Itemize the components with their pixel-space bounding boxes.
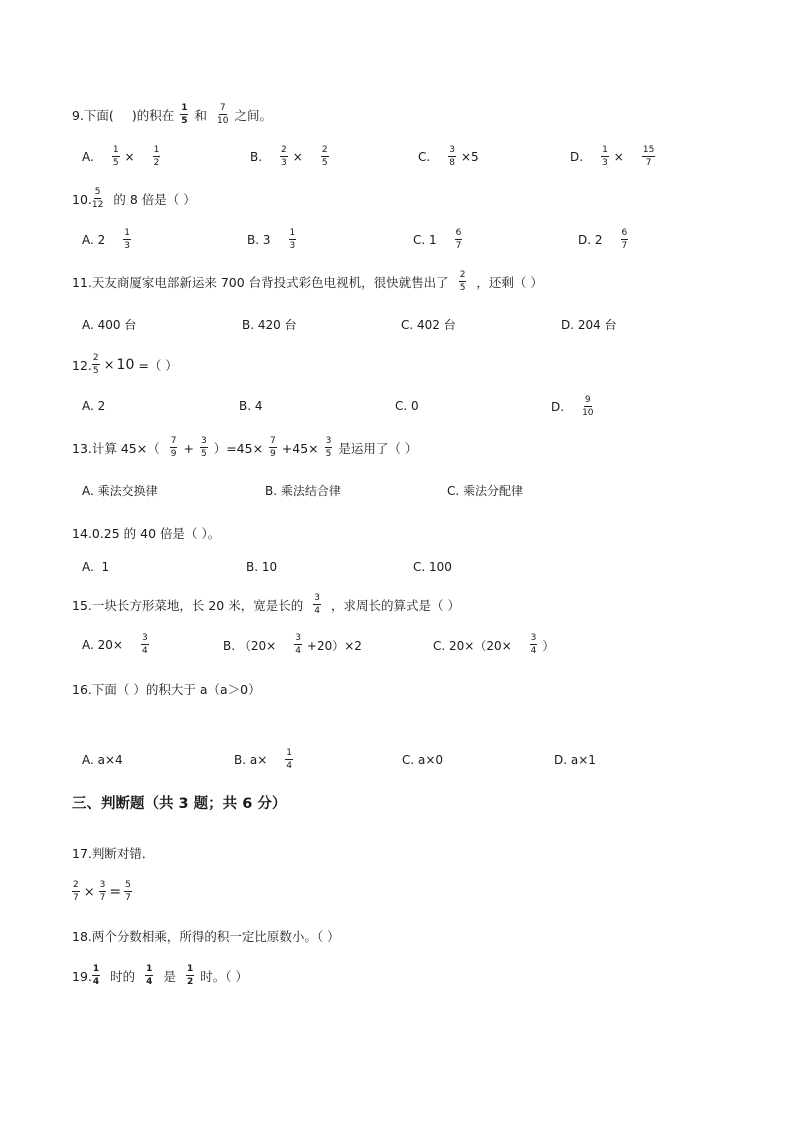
times-sign: × <box>104 358 115 373</box>
question-15: 15.一块长方形菜地，长 20 米，宽是长的 34 ，求周长的算式是（ ） <box>72 594 460 616</box>
q15-option-c[interactable]: C. 20×（20× 34 ） <box>433 634 554 656</box>
option-label: C. a×0 <box>402 753 443 767</box>
plus-sign: + <box>183 441 193 456</box>
option-label: C. 乘法分配律 <box>447 482 523 499</box>
q10-option-a[interactable]: A. 2 13 <box>82 229 133 251</box>
q17-equation: 27 × 37 = 57 <box>72 881 134 903</box>
option-label: A. 1 <box>82 560 109 574</box>
fraction: 12 <box>186 965 194 987</box>
q10-suffix: 的 8 倍是（ ） <box>113 190 195 208</box>
option-label: C. <box>418 150 430 164</box>
q12-suffix: =（ ） <box>138 356 177 374</box>
fraction: 15 <box>180 104 188 126</box>
fraction: 25 <box>321 146 329 168</box>
q13-option-b[interactable]: B. 乘法结合律 <box>265 482 341 499</box>
q10-option-d[interactable]: D. 2 67 <box>578 229 630 251</box>
q12-option-c[interactable]: C. 0 <box>395 399 419 413</box>
question-14: 14.0.25 的 40 倍是（ ）。 <box>72 524 220 542</box>
q14-option-a[interactable]: A. 1 <box>82 560 109 574</box>
q13-suffix: 是运用了（ ） <box>338 439 417 457</box>
q10-prefix: 10. <box>72 192 92 207</box>
option-label: C. 0 <box>395 399 419 413</box>
q9-option-d[interactable]: D. 13 × 157 <box>570 146 657 168</box>
q15-option-b[interactable]: B. （20× 34 +20）×2 <box>223 634 362 656</box>
q18-text: 18.两个分数相乘，所得的积一定比原数小。（ ） <box>72 927 340 945</box>
fraction: 14 <box>285 749 293 771</box>
option-label: C. 1 <box>413 233 437 247</box>
fraction: 79 <box>170 437 178 459</box>
option-label: B. 4 <box>239 399 263 413</box>
q16-option-c[interactable]: C. a×0 <box>402 753 443 767</box>
fraction: 34 <box>530 634 538 656</box>
fraction: 37 <box>99 881 107 903</box>
q9-prefix: 9.下面( <box>72 106 114 124</box>
option-label: A. 2 <box>82 233 105 247</box>
q16-option-a[interactable]: A. a×4 <box>82 753 123 767</box>
q19-text-3: 时。（ ） <box>200 967 248 985</box>
fraction: 67 <box>621 229 629 251</box>
question-10: 10. 512 的 8 倍是（ ） <box>72 188 196 210</box>
fraction: 12 <box>153 146 161 168</box>
fraction: 57 <box>124 881 132 903</box>
q13-option-c[interactable]: C. 乘法分配律 <box>447 482 523 499</box>
q14-text: 14.0.25 的 40 倍是（ ）。 <box>72 524 220 542</box>
option-label: A. 400 台 <box>82 316 136 333</box>
equals-sign: = <box>109 884 121 900</box>
q16-option-d[interactable]: D. a×1 <box>554 753 596 767</box>
q11-suffix: ，还剩（ ） <box>476 273 542 291</box>
q9-mid: )的积在 <box>132 106 174 124</box>
section-heading: 三、判断题（共 3 题；共 6 分） <box>72 792 286 813</box>
option-label: D. 204 台 <box>561 316 617 333</box>
q19-text-1: 时的 <box>110 967 135 985</box>
fraction: 35 <box>200 437 208 459</box>
fraction: 157 <box>642 146 655 168</box>
q11-option-a[interactable]: A. 400 台 <box>82 316 136 333</box>
fraction: 15 <box>112 146 120 168</box>
times-sign: × <box>84 885 95 900</box>
fraction: 13 <box>123 229 131 251</box>
option-label: A. 20× <box>82 638 123 652</box>
option-label: A. 2 <box>82 399 105 413</box>
q9-option-a[interactable]: A. 15 × 12 <box>82 146 162 168</box>
option-tail: +20）×2 <box>307 637 362 654</box>
question-12: 12. 25 × 10 =（ ） <box>72 354 178 376</box>
q16-option-b[interactable]: B. a× 14 <box>234 749 295 771</box>
q12-option-a[interactable]: A. 2 <box>82 399 105 413</box>
option-tail: ） <box>542 637 554 654</box>
fraction: 512 <box>92 188 103 210</box>
fraction: 38 <box>448 146 456 168</box>
times-sign: × <box>125 150 135 164</box>
q17-text: 17.判断对错． <box>72 844 154 862</box>
q15-suffix: ，求周长的算式是（ ） <box>331 596 460 614</box>
fraction: 14 <box>145 965 153 987</box>
option-label: D. 2 <box>578 233 603 247</box>
q10-option-b[interactable]: B. 3 13 <box>247 229 298 251</box>
fraction: 34 <box>141 634 149 656</box>
q13-option-a[interactable]: A. 乘法交换律 <box>82 482 158 499</box>
fraction: 25 <box>459 271 467 293</box>
q9-and: 和 <box>194 106 207 124</box>
q12-operand: 10 <box>117 357 135 373</box>
question-17: 17.判断对错． <box>72 844 154 862</box>
option-label: B. <box>250 150 262 164</box>
q12-option-b[interactable]: B. 4 <box>239 399 263 413</box>
times-sign: × <box>293 150 303 164</box>
fraction: 14 <box>92 965 100 987</box>
option-label: B. （20× <box>223 637 276 654</box>
q14-option-c[interactable]: C. 100 <box>413 560 452 574</box>
fraction: 79 <box>269 437 277 459</box>
q11-prefix: 11.天友商厦家电部新运来 700 台背投式彩色电视机，很快就售出了 <box>72 273 449 291</box>
option-label: D. a×1 <box>554 753 596 767</box>
q9-suffix: 之间。 <box>234 106 272 124</box>
option-label: C. 100 <box>413 560 452 574</box>
fraction: 34 <box>294 634 302 656</box>
fraction: 67 <box>455 229 463 251</box>
q9-option-c[interactable]: C. 38 ×5 <box>418 146 479 168</box>
option-label: A. 乘法交换律 <box>82 482 158 499</box>
option-label: C. 20×（20× <box>433 637 512 654</box>
fraction: 13 <box>289 229 297 251</box>
q19-prefix: 19. <box>72 969 92 984</box>
q15-option-a[interactable]: A. 20× 34 <box>82 634 151 656</box>
option-tail: ×5 <box>461 150 479 164</box>
question-13: 13.计算 45×（ 79 + 35 ）=45× 79 +45× 35 是运用了… <box>72 437 417 459</box>
q13-mid2: +45× <box>282 441 319 456</box>
fraction: 910 <box>582 396 593 418</box>
q12-prefix: 12. <box>72 358 92 373</box>
question-19: 19. 14 时的 14 是 12 时。（ ） <box>72 965 248 987</box>
q15-prefix: 15.一块长方形菜地，长 20 米，宽是长的 <box>72 596 303 614</box>
q11-option-b[interactable]: B. 420 台 <box>242 316 297 333</box>
option-label: A. a×4 <box>82 753 123 767</box>
option-label: C. 402 台 <box>401 316 456 333</box>
q13-mid: ）=45× <box>214 439 263 457</box>
q11-option-c[interactable]: C. 402 台 <box>401 316 456 333</box>
question-11: 11.天友商厦家电部新运来 700 台背投式彩色电视机，很快就售出了 25 ，还… <box>72 271 543 293</box>
fraction: 27 <box>72 881 80 903</box>
option-label: D. <box>551 400 564 414</box>
times-sign: × <box>614 150 624 164</box>
question-18: 18.两个分数相乘，所得的积一定比原数小。（ ） <box>72 927 340 945</box>
fraction: 35 <box>325 437 333 459</box>
q16-text: 16.下面（ ）的积大于 a（a＞0） <box>72 680 261 698</box>
q14-option-b[interactable]: B. 10 <box>246 560 277 574</box>
fraction: 34 <box>313 594 321 616</box>
option-label: D. <box>570 150 583 164</box>
option-label: B. a× <box>234 753 267 767</box>
q13-prefix: 13.计算 45×（ <box>72 439 160 457</box>
q11-option-d[interactable]: D. 204 台 <box>561 316 617 333</box>
option-label: B. 10 <box>246 560 277 574</box>
q9-option-b[interactable]: B. 23 × 25 <box>250 146 331 168</box>
fraction: 13 <box>601 146 609 168</box>
option-label: B. 3 <box>247 233 271 247</box>
q10-option-c[interactable]: C. 1 67 <box>413 229 464 251</box>
question-16: 16.下面（ ）的积大于 a（a＞0） <box>72 680 261 698</box>
fraction: 25 <box>92 354 100 376</box>
fraction: 710 <box>217 104 228 126</box>
option-label: B. 420 台 <box>242 316 297 333</box>
option-label: B. 乘法结合律 <box>265 482 341 499</box>
fraction: 23 <box>280 146 288 168</box>
question-9: 9.下面( )的积在 15 和 710 之间。 <box>72 104 272 126</box>
option-label: A. <box>82 150 94 164</box>
q19-text-2: 是 <box>163 967 176 985</box>
q12-option-d[interactable]: D. 910 <box>551 396 596 418</box>
